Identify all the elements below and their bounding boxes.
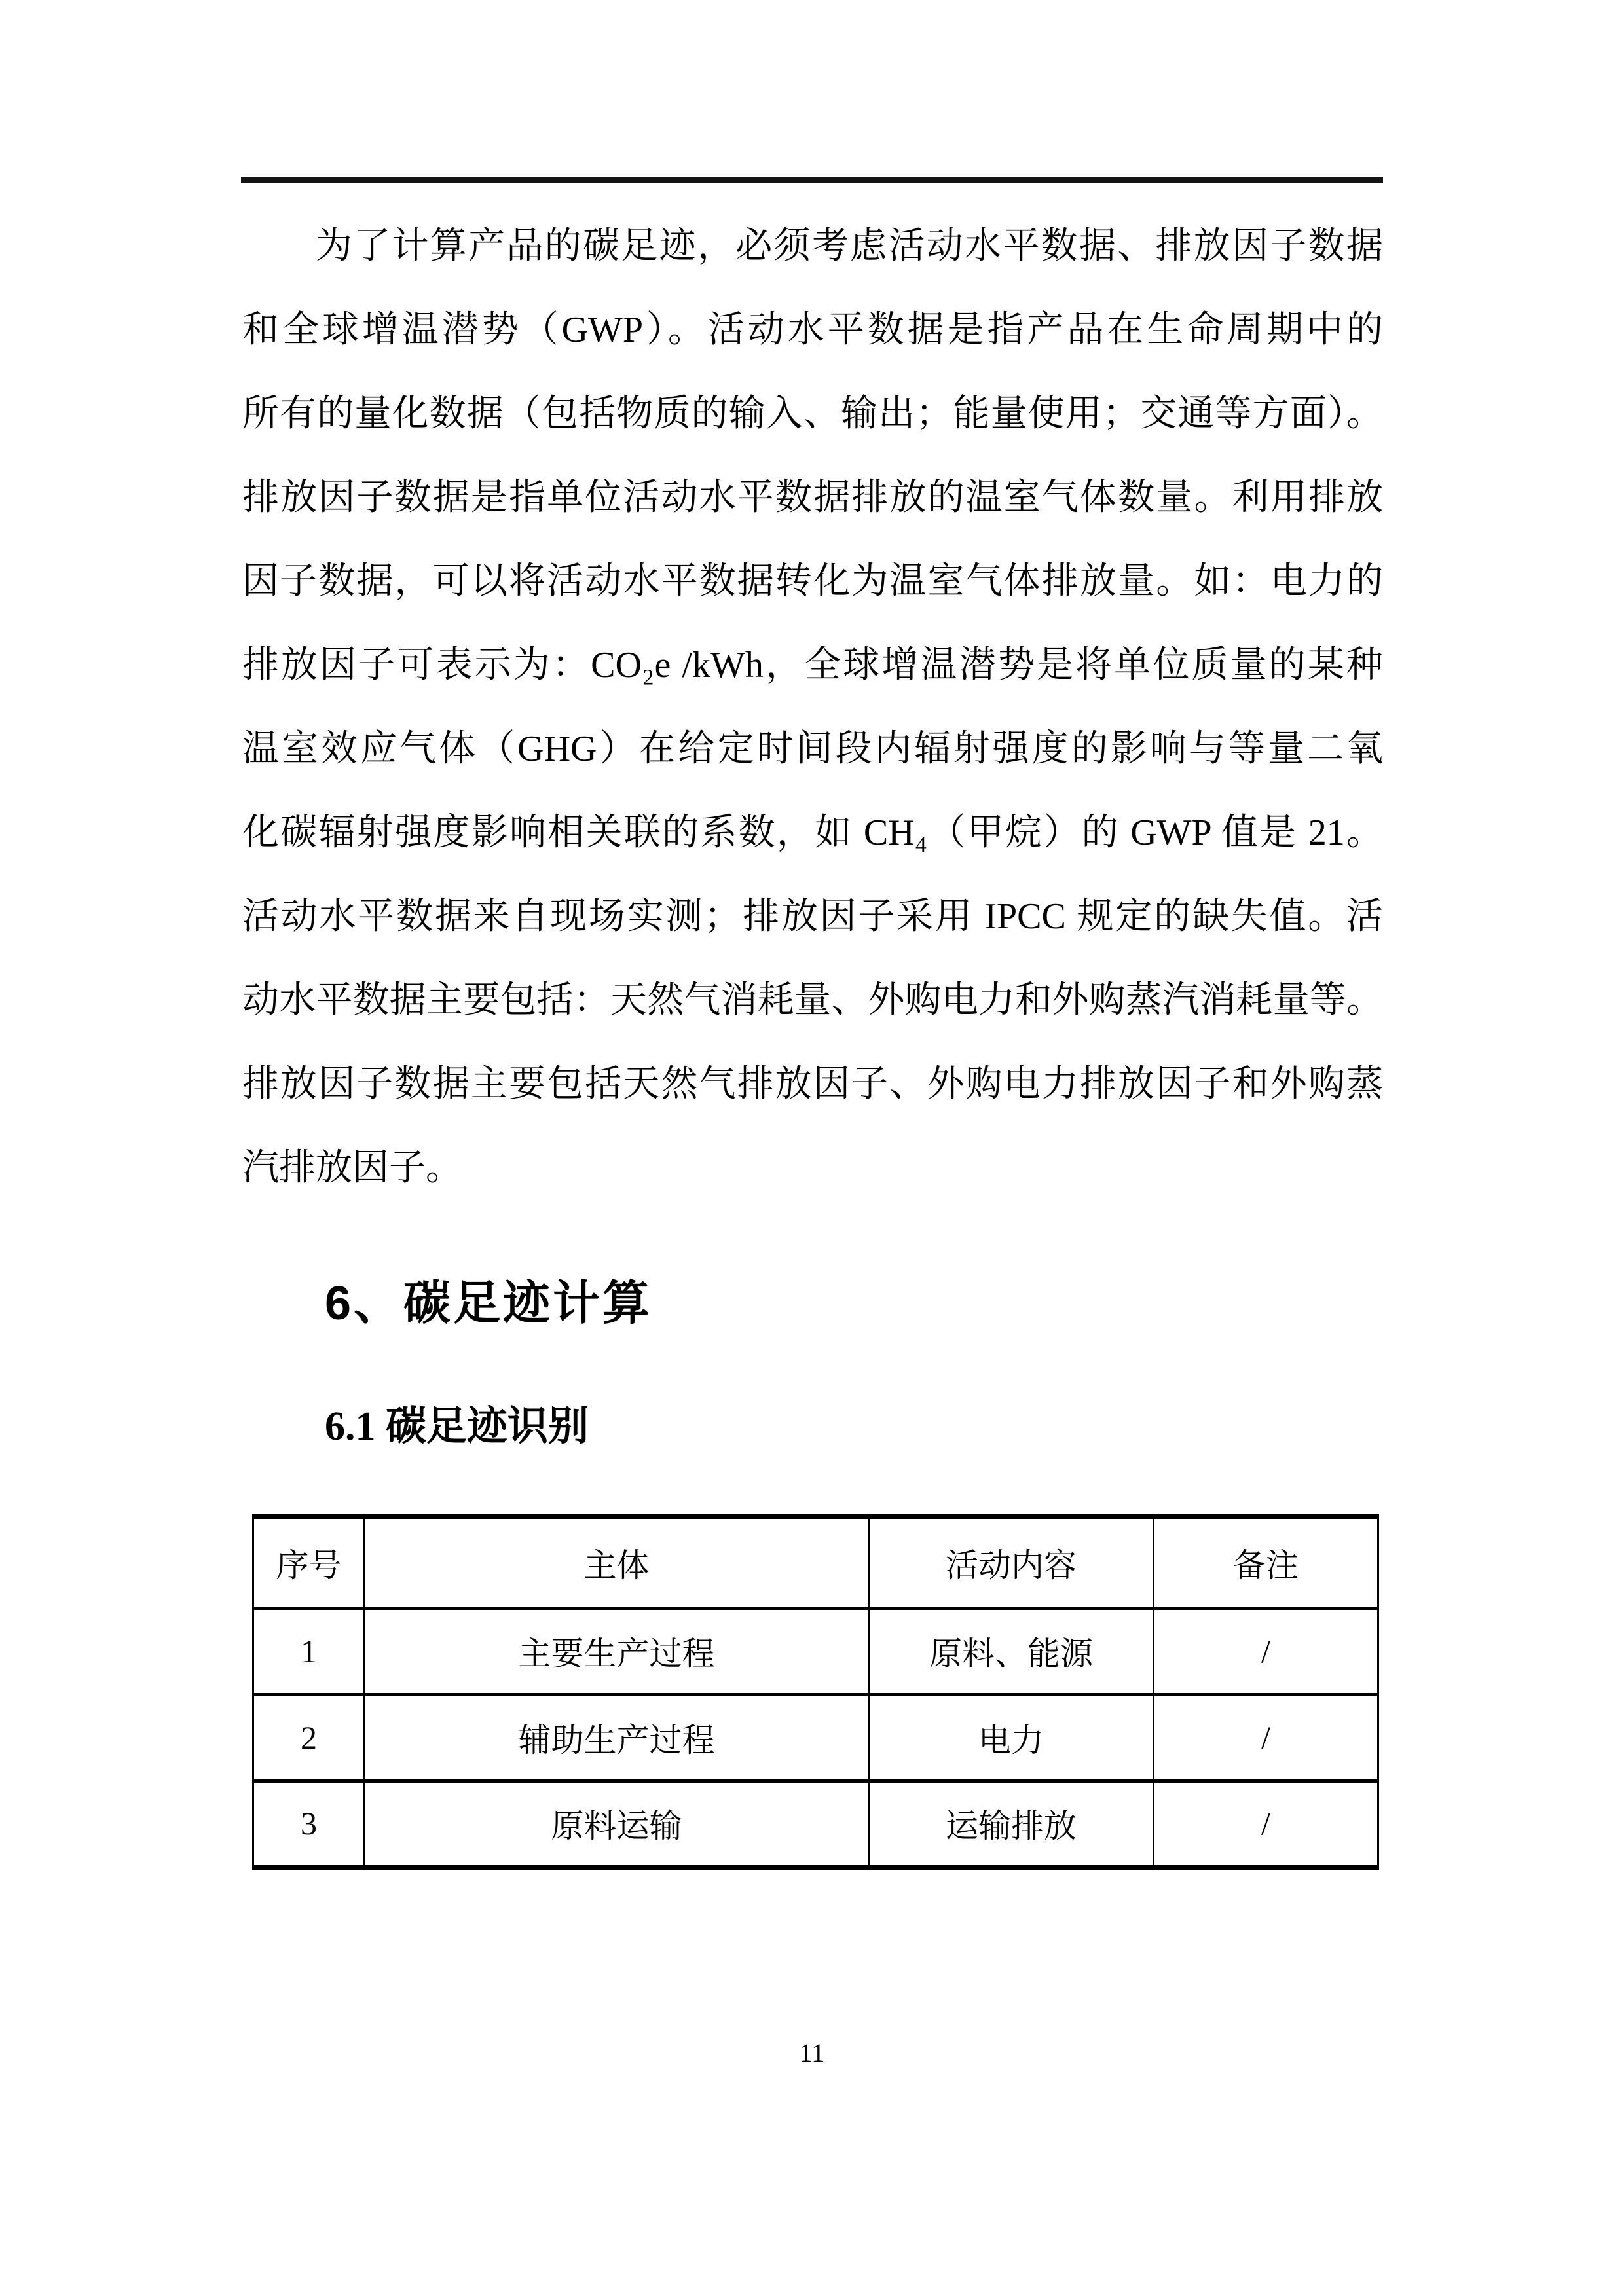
cell-subject: 原料运输 [365, 1781, 869, 1867]
cell-remark: / [1154, 1781, 1378, 1867]
cell-subject: 辅助生产过程 [365, 1694, 869, 1781]
column-header-no: 序号 [253, 1516, 365, 1608]
paragraph-line: 化碳辐射强度影响相关联的系数，如 CH₄（甲烷）的 GWP 值是 21。 [242, 791, 1383, 875]
paragraph-line: 活动水平数据来自现场实测；排放因子采用 IPCC 规定的缺失值。活 [242, 875, 1383, 958]
paragraph-line: 因子数据，可以将活动水平数据转化为温室气体排放量。如：电力的 [242, 539, 1383, 623]
paragraph-line: 排放因子可表示为：CO₂e /kWh，全球增温潜势是将单位质量的某种 [242, 623, 1383, 707]
cell-subject: 主要生产过程 [365, 1608, 869, 1694]
table-row: 1 主要生产过程 原料、能源 / [253, 1608, 1378, 1694]
column-header-activity: 活动内容 [869, 1516, 1154, 1608]
paragraph-line: 排放因子数据主要包括天然气排放因子、外购电力排放因子和外购蒸 [242, 1042, 1383, 1126]
carbon-footprint-identification-table: 序号 主体 活动内容 备注 1 主要生产过程 原料、能源 / 2 辅助生产过程 … [252, 1514, 1379, 1870]
header-divider-rule [241, 177, 1383, 183]
paragraph-line: 为了计算产品的碳足迹，必须考虑活动水平数据、排放因子数据 [242, 204, 1383, 288]
cell-remark: / [1154, 1608, 1378, 1694]
column-header-remark: 备注 [1154, 1516, 1378, 1608]
cell-no: 3 [253, 1781, 365, 1867]
paragraph-line: 动水平数据主要包括：天然气消耗量、外购电力和外购蒸汽消耗量等。 [242, 958, 1383, 1042]
subsection-heading: 6.1 碳足迹识别 [325, 1393, 589, 1451]
cell-remark: / [1154, 1694, 1378, 1781]
paragraph-line: 温室效应气体（GHG）在给定时间段内辐射强度的影响与等量二氧 [242, 707, 1383, 791]
table-row: 2 辅助生产过程 电力 / [253, 1694, 1378, 1781]
cell-activity: 原料、能源 [869, 1608, 1154, 1694]
body-paragraph: 为了计算产品的碳足迹，必须考虑活动水平数据、排放因子数据 和全球增温潜势（GWP… [242, 204, 1383, 1210]
paragraph-line: 所有的量化数据（包括物质的输入、输出；能量使用；交通等方面）。 [242, 372, 1383, 456]
cell-no: 2 [253, 1694, 365, 1781]
table-row: 3 原料运输 运输排放 / [253, 1781, 1378, 1867]
section-heading: 6、碳足迹计算 [325, 1265, 652, 1333]
page-number: 11 [0, 2037, 1624, 2068]
paragraph-line: 和全球增温潜势（GWP）。活动水平数据是指产品在生命周期中的 [242, 288, 1383, 372]
paragraph-line: 排放因子数据是指单位活动水平数据排放的温室气体数量。利用排放 [242, 456, 1383, 539]
document-page: 为了计算产品的碳足迹，必须考虑活动水平数据、排放因子数据 和全球增温潜势（GWP… [0, 0, 1624, 2296]
cell-no: 1 [253, 1608, 365, 1694]
cell-activity: 运输排放 [869, 1781, 1154, 1867]
table-header-row: 序号 主体 活动内容 备注 [253, 1516, 1378, 1608]
cell-activity: 电力 [869, 1694, 1154, 1781]
column-header-subject: 主体 [365, 1516, 869, 1608]
paragraph-line: 汽排放因子。 [242, 1126, 1383, 1210]
